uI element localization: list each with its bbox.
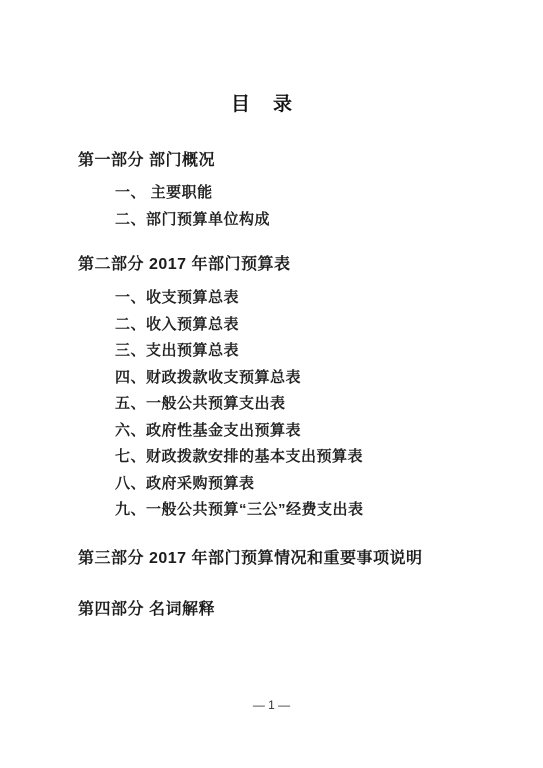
toc-item: 三、支出预算总表 xyxy=(115,338,543,365)
toc-section-4: 第四部分 名词解释 xyxy=(0,600,543,620)
section-3-heading: 第三部分 2017 年部门预算情况和重要事项说明 xyxy=(78,549,543,569)
toc-item: 六、政府性基金支出预算表 xyxy=(115,418,543,445)
toc-item: 八、政府采购预算表 xyxy=(115,471,543,498)
page-number: — 1 — xyxy=(0,698,543,713)
toc-title: 目 录 xyxy=(0,94,534,115)
document-page: 目 录 第一部分 部门概况 一、 主要职能 二、部门预算单位构成 第二部分 20… xyxy=(0,0,543,768)
toc-item: 四、财政拨款收支预算总表 xyxy=(115,365,543,392)
toc-item: 九、一般公共预算“三公”经费支出表 xyxy=(115,497,543,524)
section-1-heading: 第一部分 部门概况 xyxy=(78,151,543,171)
toc-section-1: 第一部分 部门概况 一、 主要职能 二、部门预算单位构成 xyxy=(0,151,543,233)
toc-section-2: 第二部分 2017 年部门预算表 一、收支预算总表 二、收入预算总表 三、支出预… xyxy=(0,255,543,524)
toc-item: 二、收入预算总表 xyxy=(115,312,543,339)
section-2-heading: 第二部分 2017 年部门预算表 xyxy=(78,255,543,275)
section-4-heading: 第四部分 名词解释 xyxy=(78,600,543,620)
toc-item: 一、 主要职能 xyxy=(115,179,543,206)
section-2-items: 一、收支预算总表 二、收入预算总表 三、支出预算总表 四、财政拨款收支预算总表 … xyxy=(0,285,543,524)
toc-section-3: 第三部分 2017 年部门预算情况和重要事项说明 xyxy=(0,549,543,569)
toc-item: 七、财政拨款安排的基本支出预算表 xyxy=(115,444,543,471)
section-1-items: 一、 主要职能 二、部门预算单位构成 xyxy=(0,179,543,233)
toc-item: 一、收支预算总表 xyxy=(115,285,543,312)
toc-item: 二、部门预算单位构成 xyxy=(115,206,543,233)
toc-item: 五、一般公共预算支出表 xyxy=(115,391,543,418)
